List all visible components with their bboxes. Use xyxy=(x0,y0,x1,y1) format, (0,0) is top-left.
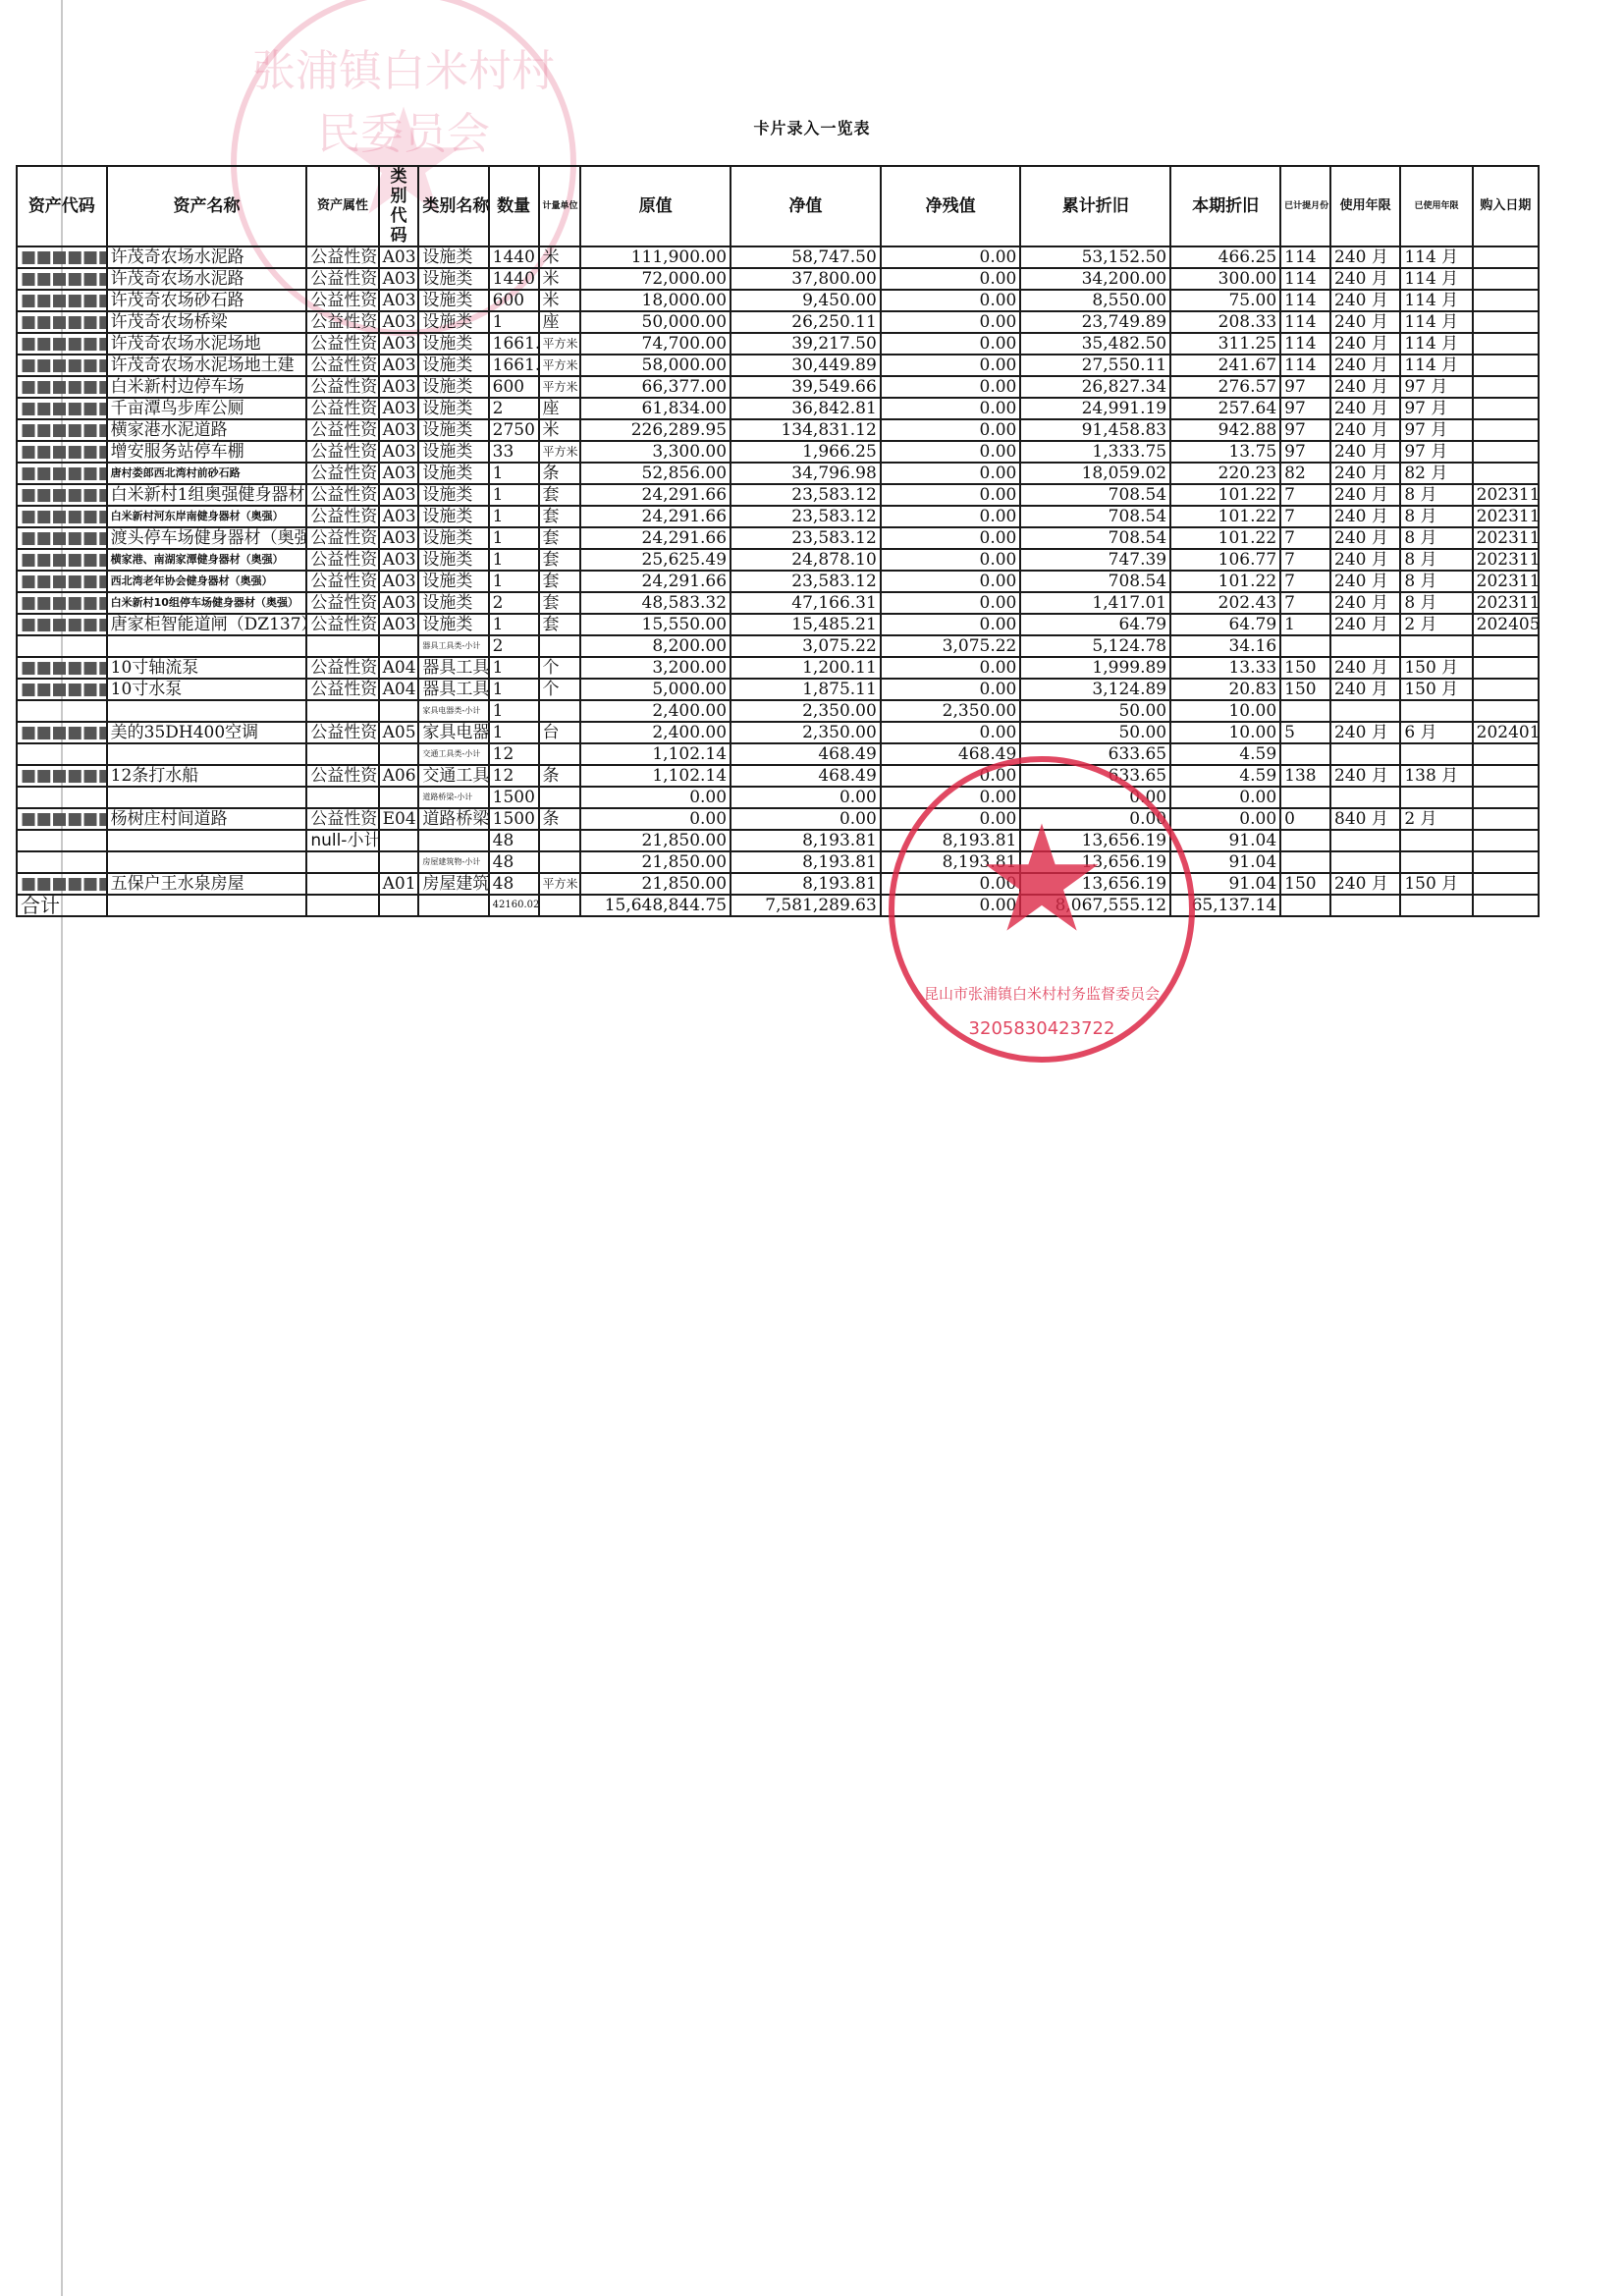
cell-depr-months xyxy=(1280,743,1330,765)
cell-net-value: 2,350.00 xyxy=(731,700,881,722)
cell-used-life: 2 月 xyxy=(1400,614,1472,635)
cell-quantity: 1661.6 xyxy=(489,355,539,376)
cell-asset-attr: 公益性资产 xyxy=(306,506,378,527)
cell-net-value: 1,200.11 xyxy=(731,657,881,679)
cell-used-life: 114 月 xyxy=(1400,355,1472,376)
cell-quantity: 1440 xyxy=(489,246,539,268)
cell-depr-months: 7 xyxy=(1280,506,1330,527)
cell-category-name: 设施类 xyxy=(418,355,488,376)
cell-used-life: 150 月 xyxy=(1400,873,1472,895)
cell-asset-attr: 公益性资产 xyxy=(306,484,378,506)
cell-depr-months: 7 xyxy=(1280,549,1330,571)
cell-purchase-date: 20231110 xyxy=(1473,527,1539,549)
cell-net-residual: 0.00 xyxy=(881,571,1021,592)
cell-asset-name: 千亩潭鸟步库公厕 xyxy=(107,398,307,419)
cell-asset-code: ■■■■■■■■■■■■■■■■ xyxy=(17,333,107,355)
cell-category-code: A03 xyxy=(379,398,419,419)
cell-accum-depr: 35,482.50 xyxy=(1020,333,1170,355)
cell-original-value: 21,850.00 xyxy=(580,851,731,873)
cell-unit: 个 xyxy=(539,679,581,700)
cell-useful-life xyxy=(1330,787,1400,808)
cell-quantity: 1500 xyxy=(489,808,539,830)
cell-depr-months: 114 xyxy=(1280,355,1330,376)
cell-asset-name: 唐村娄郎西北湾村前砂石路 xyxy=(107,463,307,484)
cell-asset-attr: 公益性资产 xyxy=(306,419,378,441)
cell-unit: 条 xyxy=(539,463,581,484)
cell-period-depr: 101.22 xyxy=(1170,571,1280,592)
cell-period-depr: 101.22 xyxy=(1170,484,1280,506)
table-row: ■■■■■■■■■■■■■■■■10寸轴流泵公益性资产A04器具工具类1个3,2… xyxy=(17,657,1539,679)
cell-category-name xyxy=(418,830,488,851)
cell-period-depr: 106.77 xyxy=(1170,549,1280,571)
cell-quantity: 1 xyxy=(489,571,539,592)
cell-net-residual: 0.00 xyxy=(881,268,1021,290)
cell-period-depr: 101.22 xyxy=(1170,506,1280,527)
empty-cell xyxy=(1280,895,1330,916)
cell-asset-name: 许茂奇农场水泥场地 xyxy=(107,333,307,355)
cell-asset-code: ■■■■■■■■■■■■■■■■ xyxy=(17,355,107,376)
cell-accum-depr: 18,059.02 xyxy=(1020,463,1170,484)
cell-category-code: A03 xyxy=(379,290,419,311)
cell-asset-name: 10寸水泵 xyxy=(107,679,307,700)
cell-category-code: A03 xyxy=(379,592,419,614)
cell-category-name: 设施类 xyxy=(418,592,488,614)
empty-cell xyxy=(306,895,378,916)
cell-quantity: 1 xyxy=(489,506,539,527)
cell-accum-depr: 708.54 xyxy=(1020,571,1170,592)
cell-original-value: 52,856.00 xyxy=(580,463,731,484)
cell-unit: 米 xyxy=(539,290,581,311)
cell-category-code: A03 xyxy=(379,571,419,592)
cell-original-value: 58,000.00 xyxy=(580,355,731,376)
cell-unit xyxy=(539,635,581,657)
cell-asset-code xyxy=(17,830,107,851)
cell-purchase-date xyxy=(1473,419,1539,441)
cell-original-value: 21,850.00 xyxy=(580,830,731,851)
cell-net-value: 39,217.50 xyxy=(731,333,881,355)
cell-net-value: 134,831.12 xyxy=(731,419,881,441)
subtotal-row: 房屋建筑物-小计4821,850.008,193.818,193.8113,65… xyxy=(17,851,1539,873)
cell-useful-life: 240 月 xyxy=(1330,873,1400,895)
cell-net-value: 30,449.89 xyxy=(731,355,881,376)
cell-unit: 套 xyxy=(539,614,581,635)
subtotal-row: 交通工具类-小计121,102.14468.49468.49633.654.59 xyxy=(17,743,1539,765)
cell-asset-code: ■■■■■■■■■■■■■■■■ xyxy=(17,527,107,549)
cell-asset-code: ■■■■■■■■■■■■■■■■ xyxy=(17,246,107,268)
cell-unit: 座 xyxy=(539,311,581,333)
cell-used-life: 114 月 xyxy=(1400,290,1472,311)
cell-purchase-date xyxy=(1473,700,1539,722)
cell-used-life: 82 月 xyxy=(1400,463,1472,484)
cell-accum-depr: 633.65 xyxy=(1020,743,1170,765)
cell-purchase-date xyxy=(1473,635,1539,657)
cell-accum-depr: 13,656.19 xyxy=(1020,851,1170,873)
cell-period-depr: 10.00 xyxy=(1170,700,1280,722)
cell-unit: 台 xyxy=(539,722,581,743)
cell-original-value: 1,102.14 xyxy=(580,765,731,787)
cell-accum-depr: 708.54 xyxy=(1020,506,1170,527)
cell-original-value: 74,700.00 xyxy=(580,333,731,355)
cell-depr-months: 114 xyxy=(1280,290,1330,311)
table-row: ■■■■■■■■■■■■■■■■许茂奇农场水泥场地公益性资产A03设施类1661… xyxy=(17,333,1539,355)
cell-useful-life: 240 月 xyxy=(1330,333,1400,355)
cell-net-residual: 0.00 xyxy=(881,808,1021,830)
cell-unit xyxy=(539,851,581,873)
header-asset-name: 资产名称 xyxy=(107,166,307,246)
cell-accum-depr: 633.65 xyxy=(1020,765,1170,787)
cell-category-code: A03 xyxy=(379,268,419,290)
cell-original-value: 111,900.00 xyxy=(580,246,731,268)
cell-purchase-date: 20240523 xyxy=(1473,614,1539,635)
cell-category-code xyxy=(379,830,419,851)
cell-quantity: 48 xyxy=(489,830,539,851)
cell-asset-attr xyxy=(306,851,378,873)
cell-net-residual: 0.00 xyxy=(881,311,1021,333)
cell-net-residual: 468.49 xyxy=(881,743,1021,765)
seal-code: 3205830423722 xyxy=(894,1018,1189,1039)
cell-quantity: 48 xyxy=(489,873,539,895)
cell-net-value: 0.00 xyxy=(731,808,881,830)
cell-unit: 套 xyxy=(539,549,581,571)
cell-net-residual: 0.00 xyxy=(881,765,1021,787)
table-row: ■■■■■■■■■■■■■■■■白米新村河东岸南健身器材（奥强）公益性资产A03… xyxy=(17,506,1539,527)
cell-period-depr: 4.59 xyxy=(1170,743,1280,765)
cell-depr-months: 114 xyxy=(1280,333,1330,355)
cell-unit: 平方米 xyxy=(539,355,581,376)
cell-category-name: 设施类 xyxy=(418,290,488,311)
cell-asset-code: ■■■■■■■■■■■■■■■■ xyxy=(17,808,107,830)
cell-asset-attr: 公益性资产 xyxy=(306,463,378,484)
empty-cell xyxy=(107,895,307,916)
cell-accum-depr: 24,991.19 xyxy=(1020,398,1170,419)
cell-purchase-date: 20240112 xyxy=(1473,722,1539,743)
empty-cell xyxy=(1330,895,1400,916)
cell-period-depr: 101.22 xyxy=(1170,527,1280,549)
cell-useful-life: 240 月 xyxy=(1330,246,1400,268)
cell-purchase-date xyxy=(1473,311,1539,333)
cell-original-value: 3,200.00 xyxy=(580,657,731,679)
cell-depr-months: 97 xyxy=(1280,441,1330,463)
cell-accum-depr: 23,749.89 xyxy=(1020,311,1170,333)
cell-depr-months: 5 xyxy=(1280,722,1330,743)
cell-used-life xyxy=(1400,700,1472,722)
cell-category-name: 设施类 xyxy=(418,506,488,527)
total-net-value: 7,581,289.63 xyxy=(731,895,881,916)
cell-unit: 条 xyxy=(539,808,581,830)
cell-useful-life: 240 月 xyxy=(1330,311,1400,333)
cell-period-depr: 0.00 xyxy=(1170,787,1280,808)
cell-asset-name: 白米新村10组停车场健身器材（奥强） xyxy=(107,592,307,614)
cell-original-value: 3,300.00 xyxy=(580,441,731,463)
cell-accum-depr: 1,999.89 xyxy=(1020,657,1170,679)
cell-useful-life: 240 月 xyxy=(1330,268,1400,290)
header-unit: 计量单位 xyxy=(539,166,581,246)
table-row: ■■■■■■■■■■■■■■■■白米新村边停车场公益性资产A03设施类600平方… xyxy=(17,376,1539,398)
cell-asset-name: 唐家柜智能道闸（DZ137） xyxy=(107,614,307,635)
cell-accum-depr: 1,333.75 xyxy=(1020,441,1170,463)
cell-unit xyxy=(539,787,581,808)
cell-period-depr: 257.64 xyxy=(1170,398,1280,419)
cell-asset-attr: 公益性资产 xyxy=(306,376,378,398)
cell-accum-depr: 13,656.19 xyxy=(1020,873,1170,895)
cell-category-code: A03 xyxy=(379,527,419,549)
cell-period-depr: 241.67 xyxy=(1170,355,1280,376)
cell-net-value: 23,583.12 xyxy=(731,484,881,506)
cell-useful-life: 240 月 xyxy=(1330,506,1400,527)
cell-category-name: 设施类 xyxy=(418,376,488,398)
cell-category-name: 设施类 xyxy=(418,441,488,463)
cell-used-life xyxy=(1400,851,1472,873)
cell-used-life: 8 月 xyxy=(1400,484,1472,506)
cell-net-residual: 8,193.81 xyxy=(881,851,1021,873)
cell-period-depr: 311.25 xyxy=(1170,333,1280,355)
total-label: 合计 xyxy=(17,895,107,916)
cell-accum-depr: 1,417.01 xyxy=(1020,592,1170,614)
cell-asset-code xyxy=(17,700,107,722)
table-row: ■■■■■■■■■■■■■■■■许茂奇农场水泥路公益性资产A03设施类1440米… xyxy=(17,268,1539,290)
cell-unit xyxy=(539,700,581,722)
cell-asset-name xyxy=(107,830,307,851)
cell-unit: 米 xyxy=(539,419,581,441)
cell-useful-life: 240 月 xyxy=(1330,592,1400,614)
cell-net-residual: 0.00 xyxy=(881,376,1021,398)
cell-purchase-date: 20231110 xyxy=(1473,592,1539,614)
cell-original-value: 24,291.66 xyxy=(580,484,731,506)
table-row: ■■■■■■■■■■■■■■■■许茂奇农场水泥路公益性资产A03设施类1440米… xyxy=(17,246,1539,268)
cell-original-value: 24,291.66 xyxy=(580,506,731,527)
cell-period-depr: 220.23 xyxy=(1170,463,1280,484)
cell-asset-code: ■■■■■■■■■■■■■■■■ xyxy=(17,506,107,527)
cell-category-code: A03 xyxy=(379,463,419,484)
subtotal-row: null-小计4821,850.008,193.818,193.8113,656… xyxy=(17,830,1539,851)
cell-category-name: 家具电器类-小计 xyxy=(418,700,488,722)
cell-useful-life: 240 月 xyxy=(1330,571,1400,592)
cell-quantity: 2 xyxy=(489,592,539,614)
cell-asset-name: 许茂奇农场水泥路 xyxy=(107,268,307,290)
empty-cell xyxy=(539,895,581,916)
cell-asset-attr xyxy=(306,700,378,722)
cell-purchase-date xyxy=(1473,463,1539,484)
header-original-value: 原值 xyxy=(580,166,731,246)
cell-unit: 平方米 xyxy=(539,376,581,398)
cell-period-depr: 10.00 xyxy=(1170,722,1280,743)
cell-depr-months: 82 xyxy=(1280,463,1330,484)
table-row: ■■■■■■■■■■■■■■■■白米新村1组奥强健身器材公益性资产A03设施类1… xyxy=(17,484,1539,506)
cell-quantity: 2750 xyxy=(489,419,539,441)
table-row: ■■■■■■■■■■■■■■■■横家港水泥道路公益性资产A03设施类2750米2… xyxy=(17,419,1539,441)
cell-net-value: 23,583.12 xyxy=(731,527,881,549)
cell-asset-code: ■■■■■■■■■■■■■■■■ xyxy=(17,419,107,441)
cell-asset-name: 许茂奇农场桥梁 xyxy=(107,311,307,333)
cell-category-code: A05 xyxy=(379,722,419,743)
cell-category-name: 设施类 xyxy=(418,463,488,484)
cell-asset-code: ■■■■■■■■■■■■■■■■ xyxy=(17,463,107,484)
cell-useful-life: 240 月 xyxy=(1330,290,1400,311)
cell-quantity: 1 xyxy=(489,463,539,484)
cell-asset-code xyxy=(17,787,107,808)
cell-quantity: 1500 xyxy=(489,787,539,808)
cell-asset-attr: 公益性资产 xyxy=(306,808,378,830)
cell-category-code: A04 xyxy=(379,679,419,700)
cell-net-value: 26,250.11 xyxy=(731,311,881,333)
cell-asset-code: ■■■■■■■■■■■■■■■■ xyxy=(17,290,107,311)
cell-net-value: 8,193.81 xyxy=(731,873,881,895)
cell-net-value: 1,966.25 xyxy=(731,441,881,463)
cell-useful-life: 240 月 xyxy=(1330,549,1400,571)
cell-asset-attr: 公益性资产 xyxy=(306,527,378,549)
cell-depr-months: 97 xyxy=(1280,376,1330,398)
cell-asset-name: 五保户王水泉房屋 xyxy=(107,873,307,895)
cell-category-code: A03 xyxy=(379,376,419,398)
table-row: ■■■■■■■■■■■■■■■■美的35DH400空调公益性资产A05家具电器类… xyxy=(17,722,1539,743)
cell-category-code xyxy=(379,743,419,765)
cell-purchase-date xyxy=(1473,246,1539,268)
cell-unit: 套 xyxy=(539,571,581,592)
cell-original-value: 24,291.66 xyxy=(580,527,731,549)
cell-net-value: 39,549.66 xyxy=(731,376,881,398)
header-depr-months: 已计提月份 xyxy=(1280,166,1330,246)
cell-category-name: 设施类 xyxy=(418,246,488,268)
cell-accum-depr: 26,827.34 xyxy=(1020,376,1170,398)
cell-quantity: 600 xyxy=(489,290,539,311)
cell-accum-depr: 13,656.19 xyxy=(1020,830,1170,851)
cell-accum-depr: 50.00 xyxy=(1020,722,1170,743)
cell-useful-life xyxy=(1330,635,1400,657)
cell-asset-name xyxy=(107,743,307,765)
cell-unit: 套 xyxy=(539,484,581,506)
cell-useful-life: 240 月 xyxy=(1330,441,1400,463)
cell-quantity: 48 xyxy=(489,851,539,873)
cell-net-residual: 0.00 xyxy=(881,441,1021,463)
cell-quantity: 1 xyxy=(489,657,539,679)
cell-purchase-date xyxy=(1473,268,1539,290)
cell-purchase-date xyxy=(1473,398,1539,419)
cell-used-life: 8 月 xyxy=(1400,506,1472,527)
cell-category-name: 设施类 xyxy=(418,398,488,419)
cell-useful-life xyxy=(1330,830,1400,851)
cell-unit: 座 xyxy=(539,398,581,419)
cell-purchase-date xyxy=(1473,830,1539,851)
cell-useful-life: 240 月 xyxy=(1330,527,1400,549)
cell-accum-depr: 0.00 xyxy=(1020,787,1170,808)
cell-asset-attr xyxy=(306,743,378,765)
cell-original-value: 50,000.00 xyxy=(580,311,731,333)
cell-purchase-date xyxy=(1473,765,1539,787)
cell-category-code: E04 xyxy=(379,808,419,830)
cell-category-name: 房屋建筑物 xyxy=(418,873,488,895)
cell-net-residual: 0.00 xyxy=(881,484,1021,506)
cell-useful-life: 240 月 xyxy=(1330,376,1400,398)
cell-purchase-date xyxy=(1473,376,1539,398)
cell-original-value: 21,850.00 xyxy=(580,873,731,895)
header-net-residual: 净残值 xyxy=(881,166,1021,246)
cell-unit: 套 xyxy=(539,527,581,549)
cell-original-value: 8,200.00 xyxy=(580,635,731,657)
cell-category-code xyxy=(379,635,419,657)
cell-useful-life: 840 月 xyxy=(1330,808,1400,830)
cell-asset-code: ■■■■■■■■■■■■■■■■ xyxy=(17,441,107,463)
cell-net-value: 8,193.81 xyxy=(731,830,881,851)
cell-period-depr: 91.04 xyxy=(1170,851,1280,873)
cell-net-residual: 0.00 xyxy=(881,463,1021,484)
cell-original-value: 48,583.32 xyxy=(580,592,731,614)
cell-net-residual: 0.00 xyxy=(881,722,1021,743)
cell-original-value: 0.00 xyxy=(580,808,731,830)
cell-depr-months: 150 xyxy=(1280,657,1330,679)
cell-depr-months xyxy=(1280,830,1330,851)
cell-quantity: 1 xyxy=(489,700,539,722)
cell-quantity: 600 xyxy=(489,376,539,398)
cell-useful-life xyxy=(1330,851,1400,873)
cell-asset-code xyxy=(17,851,107,873)
cell-net-value: 0.00 xyxy=(731,787,881,808)
cell-net-value: 468.49 xyxy=(731,765,881,787)
cell-unit: 套 xyxy=(539,592,581,614)
cell-unit: 条 xyxy=(539,765,581,787)
table-row: ■■■■■■■■■■■■■■■■渡头停车场健身器材（奥强）公益性资产A03设施类… xyxy=(17,527,1539,549)
cell-asset-name xyxy=(107,635,307,657)
cell-period-depr: 13.75 xyxy=(1170,441,1280,463)
cell-quantity: 1 xyxy=(489,311,539,333)
total-original-value: 15,648,844.75 xyxy=(580,895,731,916)
cell-asset-name: 许茂奇农场砂石路 xyxy=(107,290,307,311)
cell-original-value: 0.00 xyxy=(580,787,731,808)
cell-purchase-date xyxy=(1473,851,1539,873)
cell-asset-attr: 公益性资产 xyxy=(306,614,378,635)
cell-net-value: 36,842.81 xyxy=(731,398,881,419)
cell-depr-months: 7 xyxy=(1280,484,1330,506)
cell-useful-life: 240 月 xyxy=(1330,355,1400,376)
cell-asset-attr xyxy=(306,787,378,808)
cell-purchase-date: 20231110 xyxy=(1473,549,1539,571)
cell-category-name: 器具工具类 xyxy=(418,657,488,679)
cell-purchase-date xyxy=(1473,333,1539,355)
header-period-depr: 本期折旧 xyxy=(1170,166,1280,246)
cell-used-life: 97 月 xyxy=(1400,398,1472,419)
empty-cell xyxy=(379,895,419,916)
cell-used-life: 8 月 xyxy=(1400,549,1472,571)
total-quantity: 42160.02 xyxy=(489,895,539,916)
cell-net-value: 1,875.11 xyxy=(731,679,881,700)
cell-accum-depr: 91,458.83 xyxy=(1020,419,1170,441)
cell-depr-months: 97 xyxy=(1280,398,1330,419)
cell-quantity: 1 xyxy=(489,527,539,549)
header-quantity: 数量 xyxy=(489,166,539,246)
cell-asset-name: 西北湾老年协会健身器材（奥强） xyxy=(107,571,307,592)
cell-asset-attr: 公益性资产 xyxy=(306,441,378,463)
cell-asset-attr: 公益性资产 xyxy=(306,657,378,679)
cell-accum-depr: 5,124.78 xyxy=(1020,635,1170,657)
cell-original-value: 15,550.00 xyxy=(580,614,731,635)
cell-net-residual: 0.00 xyxy=(881,527,1021,549)
cell-used-life: 114 月 xyxy=(1400,311,1472,333)
cell-purchase-date xyxy=(1473,657,1539,679)
cell-net-residual: 0.00 xyxy=(881,787,1021,808)
header-category-name: 类别名称 xyxy=(418,166,488,246)
cell-period-depr: 20.83 xyxy=(1170,679,1280,700)
cell-useful-life: 240 月 xyxy=(1330,398,1400,419)
cell-unit: 个 xyxy=(539,657,581,679)
cell-asset-attr: 公益性资产 xyxy=(306,333,378,355)
cell-category-name: 设施类 xyxy=(418,571,488,592)
cell-category-code: A03 xyxy=(379,441,419,463)
cell-asset-attr: 公益性资产 xyxy=(306,398,378,419)
cell-category-name: 设施类 xyxy=(418,549,488,571)
cell-depr-months xyxy=(1280,635,1330,657)
cell-accum-depr: 708.54 xyxy=(1020,484,1170,506)
cell-category-name: 设施类 xyxy=(418,614,488,635)
cell-net-value: 24,878.10 xyxy=(731,549,881,571)
